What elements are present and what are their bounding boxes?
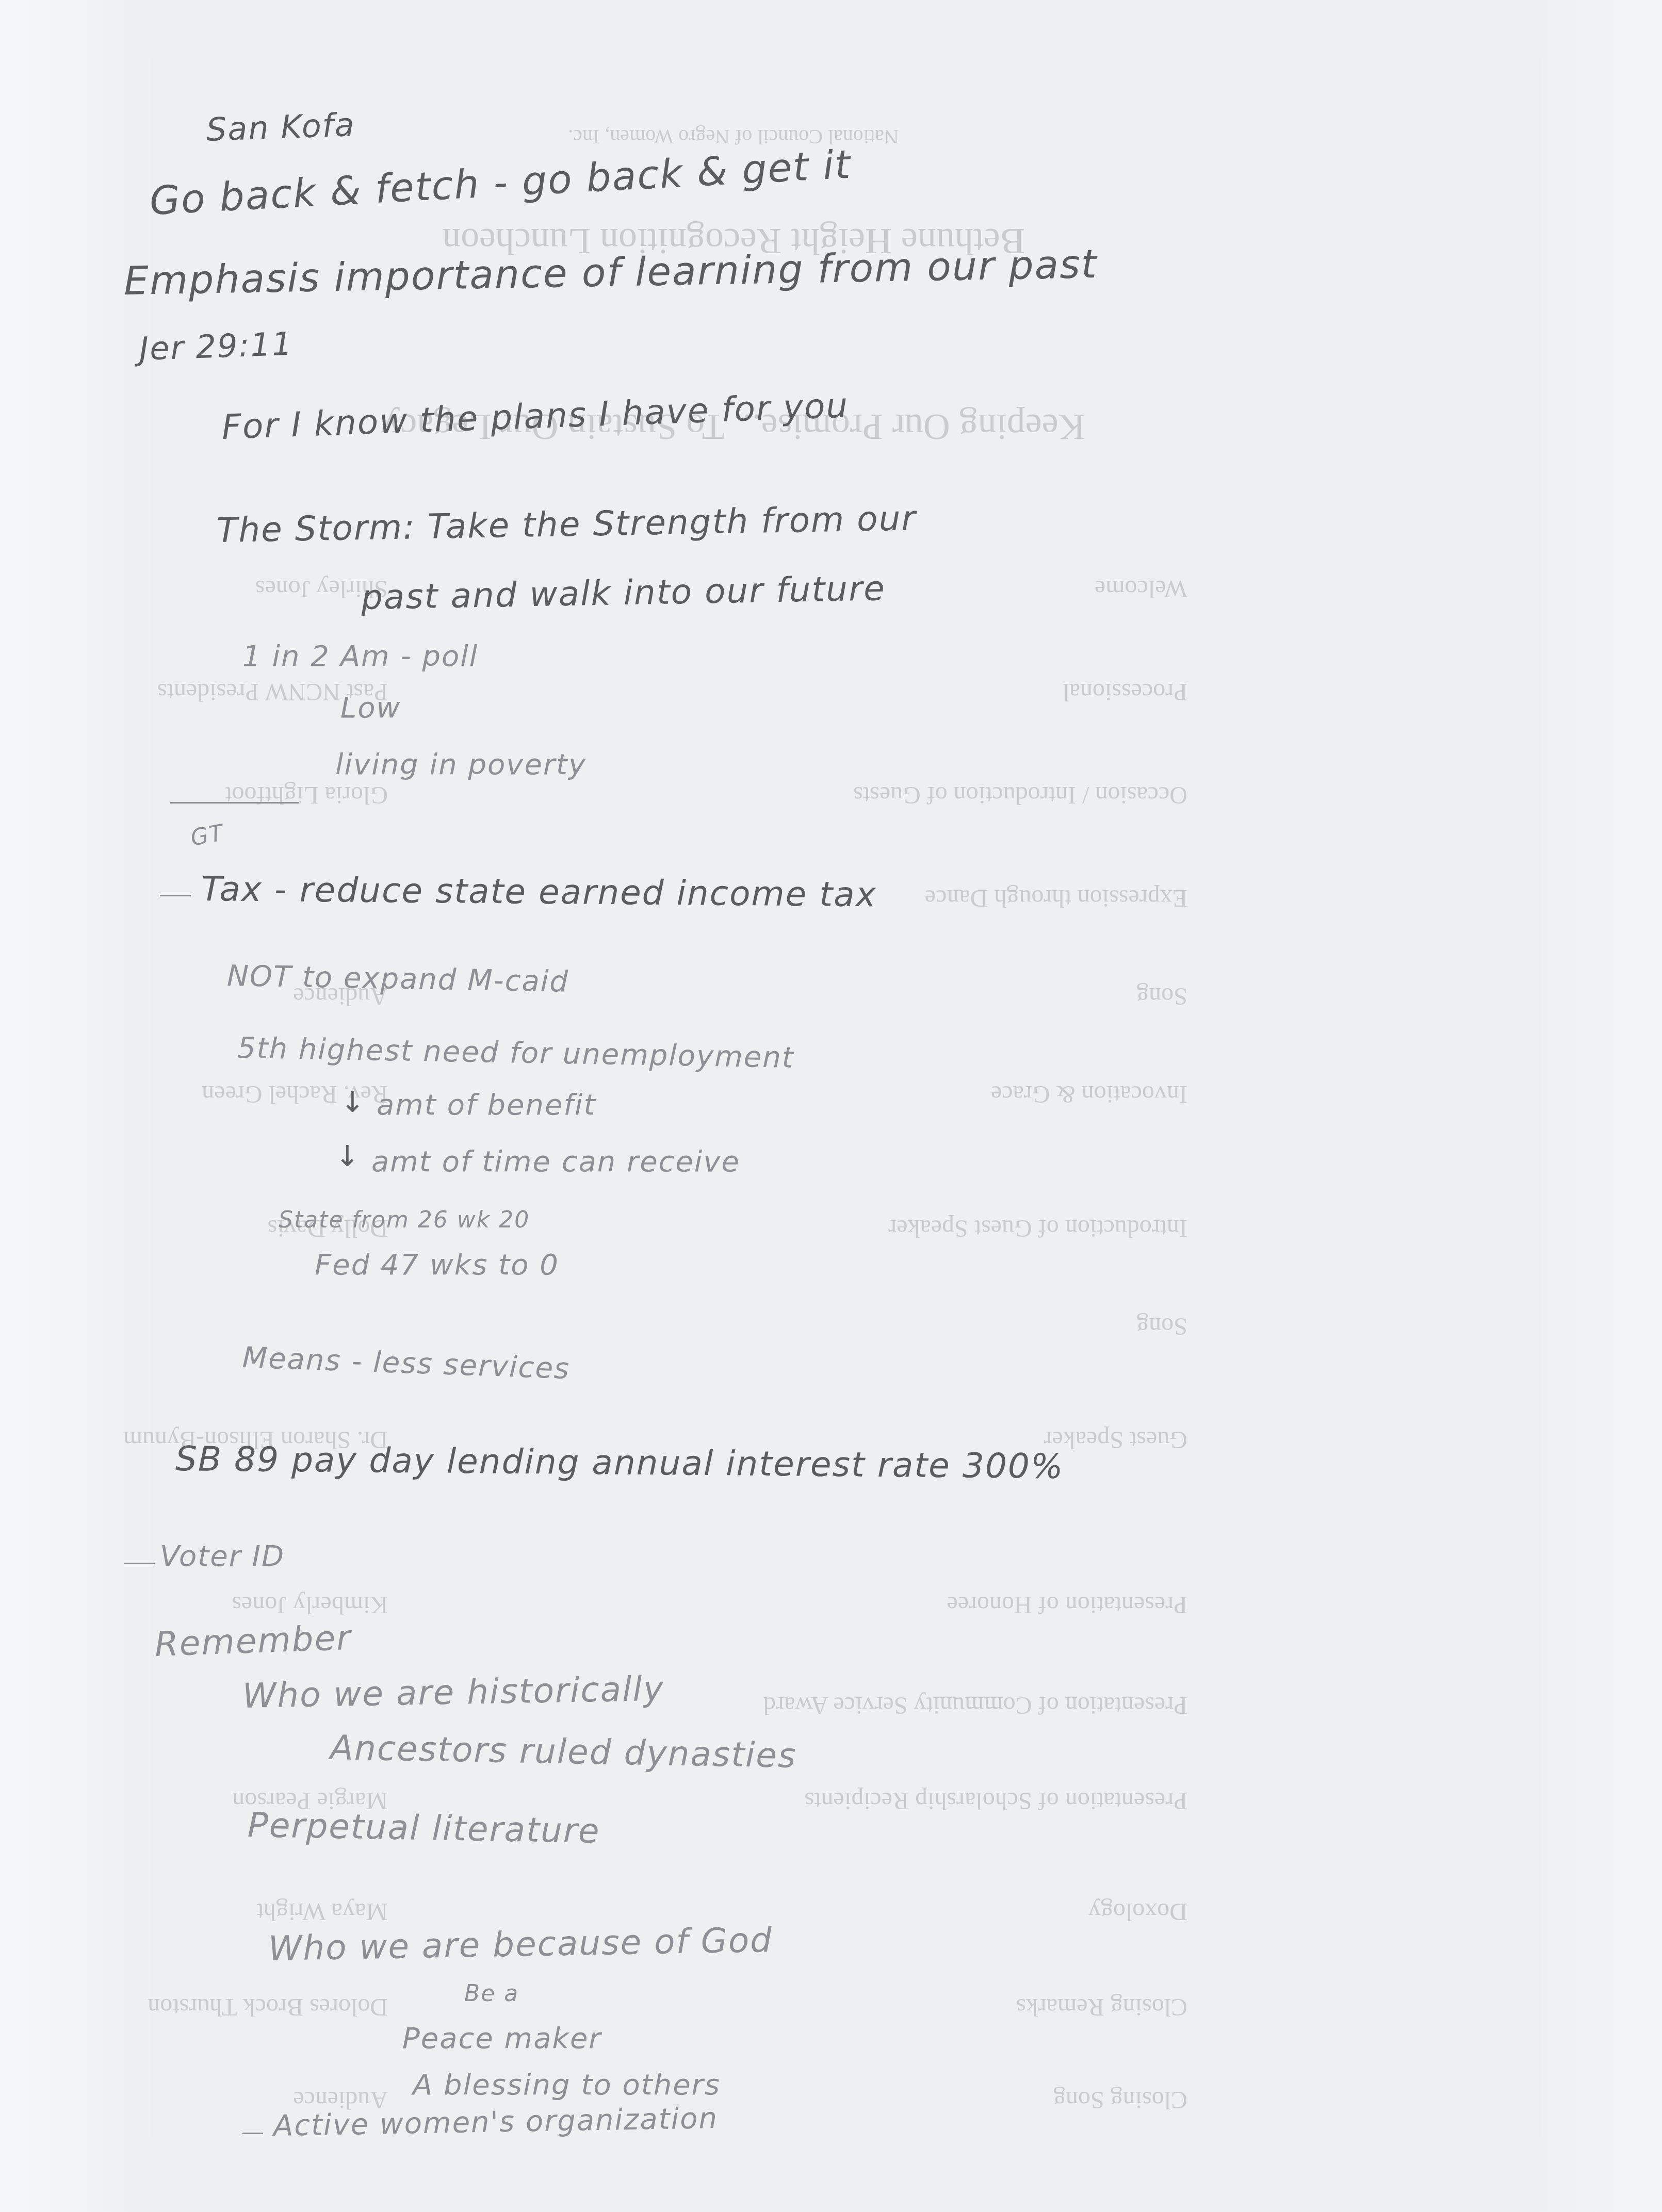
note-living-poverty: living in poverty <box>335 748 586 781</box>
down-arrow-icon: ↓ <box>340 1086 366 1119</box>
note-peacemaker: Peace maker <box>402 2022 601 2055</box>
note-amt-benefit: amt of benefit <box>377 1088 596 1122</box>
note-remember: Remember <box>154 1618 352 1664</box>
note-literature: Perpetual literature <box>247 1805 600 1851</box>
note-not-expand-mcaid: NOT to expand M-caid <box>226 959 569 999</box>
divider-line <box>170 802 299 804</box>
document-page: Closing SongAudience Closing RemarksDolo… <box>0 0 1662 2212</box>
note-amt-time: amt of time can receive <box>371 1145 740 1178</box>
dash-mark <box>160 895 191 896</box>
note-sb89-payday: SB 89 pay day lending annual interest ra… <box>175 1439 1064 1486</box>
note-jer-29-11: Jer 29:11 <box>139 325 294 368</box>
dash-mark <box>242 2133 263 2134</box>
note-sankofa: San Kofa <box>206 106 356 149</box>
note-ancestors: Ancestors ruled dynasties <box>330 1728 797 1776</box>
note-be-a: Be a <box>464 1980 519 2007</box>
note-tax: Tax - reduce state earned income tax <box>201 869 877 914</box>
note-voter-id: Voter ID <box>160 1539 285 1573</box>
note-blessing: A blessing to others <box>413 2068 721 2102</box>
note-state-weeks: State from 26 wk 20 <box>279 1207 530 1233</box>
down-arrow-icon: ↓ <box>335 1140 361 1173</box>
note-fed-weeks: Fed 47 wks to 0 <box>315 1248 559 1282</box>
note-who-historically: Who we are historically <box>242 1669 664 1716</box>
dash-mark <box>124 1563 155 1564</box>
note-one-in-two: 1 in 2 Am - poll <box>242 640 478 673</box>
note-low: Low <box>340 691 401 725</box>
